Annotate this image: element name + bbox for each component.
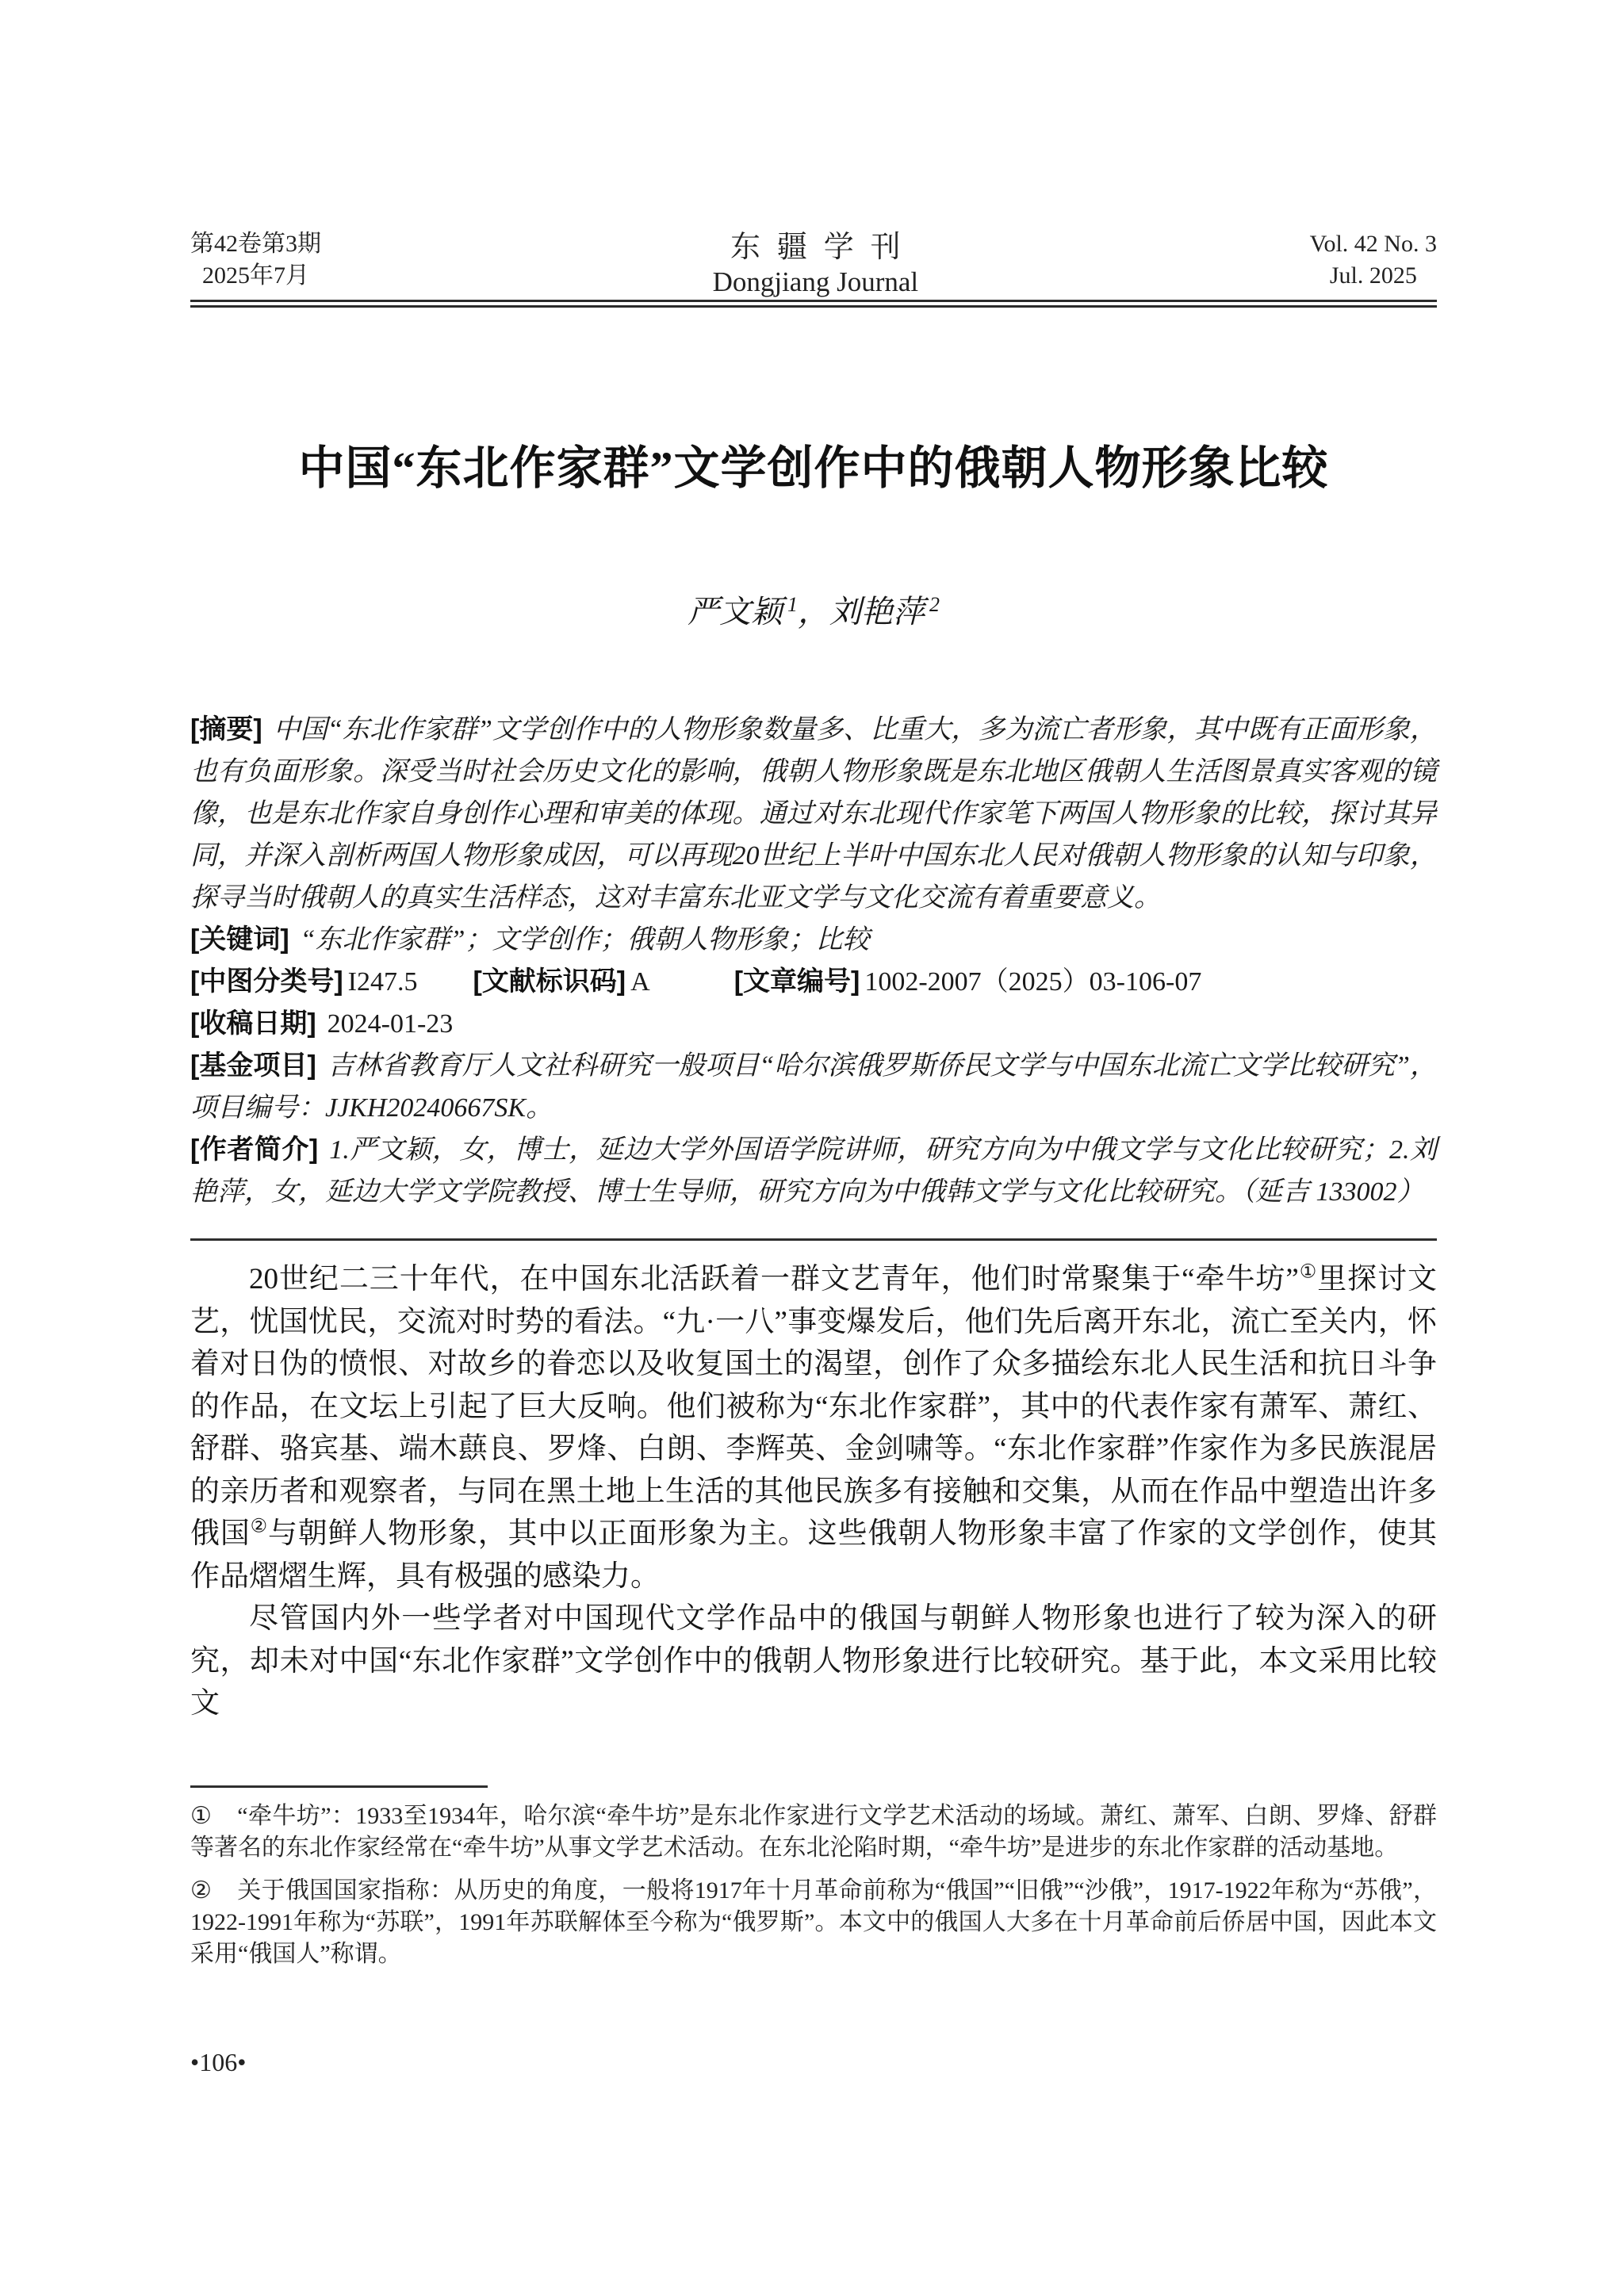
journal-name-en: Dongjiang Journal: [713, 266, 919, 298]
body-paragraph-1: 20世纪二三十年代，在中国东北活跃着一群文艺青年，他们时常聚集于“牵牛坊”①里探…: [190, 1258, 1437, 1598]
keywords-label: [关键词]: [190, 924, 289, 955]
fund-label: [基金项目]: [190, 1050, 316, 1081]
issue-info: 第42卷第3期 2025年7月: [190, 228, 321, 292]
article-title: 中国“东北作家群”文学创作中的俄朝人物形象比较: [190, 441, 1437, 496]
author-2-superscript: 2: [929, 593, 940, 616]
received-date-value: 2024-01-23: [327, 1009, 454, 1039]
clc-label: [中图分类号]: [190, 966, 343, 997]
article-id-segment: [文章编号]1002-2007（2025）03-106-07: [734, 967, 1202, 997]
authors-line: 严文颖1，刘艳萍2: [190, 590, 1437, 634]
volume-number-line: Vol. 42 No. 3: [1310, 228, 1437, 260]
footnote-1: ①“牵牛坊”：1933至1934年，哈尔滨“牵牛坊”是东北作家进行文学艺术活动的…: [190, 1800, 1437, 1864]
issue-date-line: 2025年7月: [190, 260, 321, 292]
article-id-label: [文章编号]: [734, 966, 860, 997]
front-matter: [摘要]中国“东北作家群”文学创作中的人物形象数量多、比重大，多为流亡者形象，其…: [190, 709, 1437, 1213]
journal-name: 东疆学刊 Dongjiang Journal: [713, 228, 919, 298]
body-p1-text-c: 与朝鲜人物形象，其中以正面形象为主。这些俄朝人物形象丰富了作家的文学创作，使其作…: [190, 1517, 1437, 1593]
article-id-value: 1002-2007（2025）03-106-07: [864, 967, 1201, 997]
footnote-divider: [190, 1785, 488, 1788]
doc-code-value: A: [630, 967, 650, 997]
received-date-line: [收稿日期]2024-01-23: [190, 1003, 1437, 1045]
author-1-superscript: 1: [787, 593, 798, 616]
page-number: •106•: [190, 2048, 1437, 2077]
footnote-1-text: “牵牛坊”：1933至1934年，哈尔滨“牵牛坊”是东北作家进行文学艺术活动的场…: [190, 1803, 1437, 1861]
journal-page: 第42卷第3期 2025年7月 东疆学刊 Dongjiang Journal V…: [0, 0, 1624, 2296]
journal-name-cn: 东疆学刊: [729, 228, 918, 266]
author-bio-paragraph: [作者简介]1.严文颖，女，博士，延边大学外国语学院讲师，研究方向为中俄文学与文…: [190, 1129, 1437, 1213]
author-1-name: 严文颖: [688, 594, 783, 629]
body-p1-text-a: 20世纪二三十年代，在中国东北活跃着一群文艺青年，他们时常聚集于“牵牛坊”: [249, 1263, 1299, 1295]
clc-value: I247.5: [348, 967, 418, 997]
journal-header: 第42卷第3期 2025年7月 东疆学刊 Dongjiang Journal V…: [190, 228, 1437, 298]
footnote-ref-2: ②: [251, 1517, 268, 1537]
abstract-paragraph: [摘要]中国“东北作家群”文学创作中的人物形象数量多、比重大，多为流亡者形象，其…: [190, 709, 1437, 919]
doc-code-segment: [文献标识码]A: [473, 967, 649, 997]
footnote-ref-1: ①: [1299, 1262, 1317, 1283]
author-separator: ，: [798, 594, 829, 629]
received-date-label: [收稿日期]: [190, 1008, 316, 1039]
footnote-2-text: 关于俄国国家指称：从历史的角度，一般将1917年十月革命前称为“俄国”“旧俄”“…: [190, 1877, 1437, 1967]
footnote-2: ②关于俄国国家指称：从历史的角度，一般将1917年十月革命前称为“俄国”“旧俄”…: [190, 1875, 1437, 1970]
fund-text: 吉林省教育厅人文社科研究一般项目“哈尔滨俄罗斯侨民文学与中国东北流亡文学比较研究…: [190, 1051, 1437, 1123]
keywords-paragraph: [关键词]“东北作家群”；文学创作；俄朝人物形象；比较: [190, 919, 1437, 961]
keywords-text: “东北作家群”；文学创作；俄朝人物形象；比较: [301, 925, 870, 955]
author-bio-label: [作者简介]: [190, 1135, 318, 1165]
footnote-1-marker: ①: [190, 1803, 212, 1829]
header-divider: [190, 300, 1437, 308]
body-paragraph-2: 尽管国内外一些学者对中国现代文学作品中的俄国与朝鲜人物形象也进行了较为深入的研究…: [190, 1598, 1437, 1725]
abstract-label: [摘要]: [190, 714, 262, 744]
author-bio-text: 1.严文颖，女，博士，延边大学外国语学院讲师，研究方向为中俄文学与文化比较研究；…: [190, 1135, 1437, 1207]
doc-code-label: [文献标识码]: [473, 966, 626, 997]
volume-info: Vol. 42 No. 3 Jul. 2025: [1310, 228, 1437, 292]
fund-paragraph: [基金项目]吉林省教育厅人文社科研究一般项目“哈尔滨俄罗斯侨民文学与中国东北流亡…: [190, 1045, 1437, 1129]
clc-segment: [中图分类号]I247.5: [190, 967, 417, 997]
classification-line: [中图分类号]I247.5[文献标识码]A[文章编号]1002-2007（202…: [190, 961, 1437, 1003]
volume-date-line: Jul. 2025: [1310, 260, 1437, 292]
footnote-2-marker: ②: [190, 1877, 212, 1904]
article-body: 20世纪二三十年代，在中国东北活跃着一群文艺青年，他们时常聚集于“牵牛坊”①里探…: [190, 1258, 1437, 1725]
author-2-name: 刘艳萍: [829, 594, 925, 629]
body-p1-text-b: 里探讨文艺，忧国忧民，交流对时势的看法。“九·一八”事变爆发后，他们先后离开东北…: [190, 1263, 1437, 1550]
footnotes: ①“牵牛坊”：1933至1934年，哈尔滨“牵牛坊”是东北作家进行文学艺术活动的…: [190, 1800, 1437, 1970]
front-matter-divider: [190, 1238, 1437, 1241]
abstract-text: 中国“东北作家群”文学创作中的人物形象数量多、比重大，多为流亡者形象，其中既有正…: [190, 715, 1437, 913]
issue-volume-line: 第42卷第3期: [190, 228, 321, 260]
